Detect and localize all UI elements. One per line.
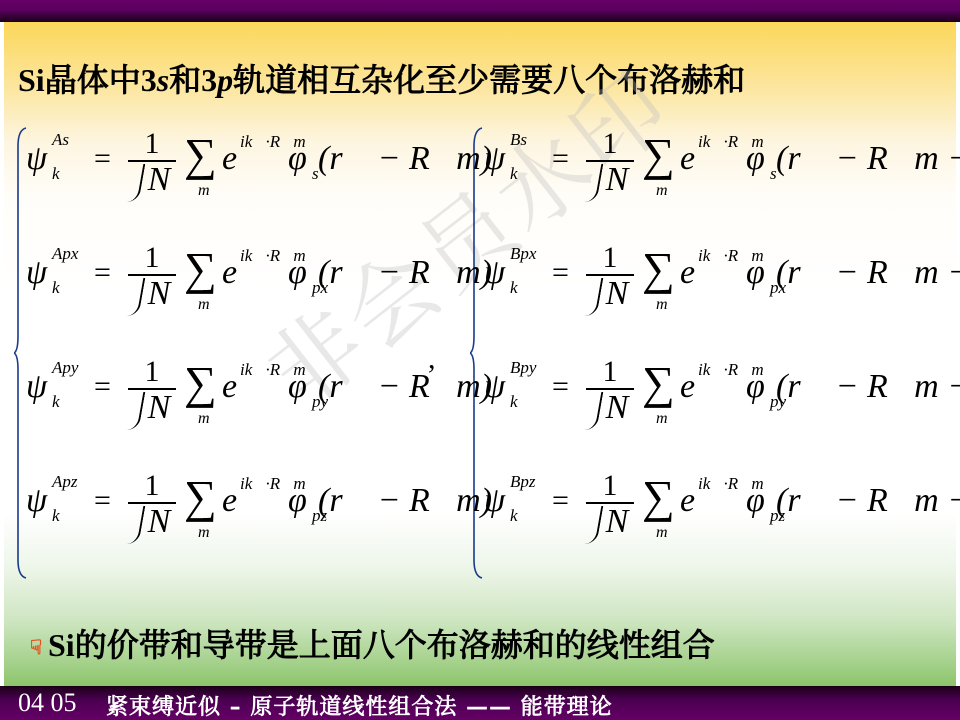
top-bar [0,0,960,22]
equals-sign: = [94,370,111,404]
phi-symbol: φ [288,368,307,406]
sum-index: m [198,410,210,428]
sum-icon: ∑ [642,470,675,523]
bloch-sum-equation: ψApxk=1N∑meik⃗·R⃗mφpx(r⃗ − R⃗m) [26,242,466,322]
normalization-fraction: 1N [124,356,180,426]
sqrt-denominator: N [582,276,638,312]
equals-sign: = [94,484,111,518]
normalization-fraction: 1N [124,242,180,312]
chapter-number: 04 05 [18,688,77,718]
phi-symbol: φ [288,254,307,292]
orbital-label: As [52,130,69,150]
exponential-base: e [680,140,695,178]
title-text: 3 [141,62,157,98]
numerator: 1 [124,356,180,388]
sum-index: m [656,524,668,542]
orbital-label: Apy [52,358,78,378]
numerator: 1 [582,356,638,388]
bloch-sum-equation: ψApyk=1N∑meik⃗·R⃗mφpy(r⃗ − R⃗m) [26,356,466,436]
wavevector-label: k [52,392,60,412]
psi-symbol: ψ [26,368,47,406]
sum-icon: ∑ [184,470,217,523]
normalization-fraction: 1N [124,128,180,198]
exponential-base: e [222,254,237,292]
wavevector-label: k [52,164,60,184]
bloch-sum-equation: ψBpzk=1N∑meik⃗·R⃗mφpz(r⃗ − R⃗m − τ⃗) [484,470,924,550]
position-argument: (r⃗ − R⃗m) [318,482,492,520]
normalization-fraction: 1N [582,470,638,540]
sum-index: m [198,524,210,542]
phi-symbol: φ [288,482,307,520]
pointing-hand-icon: ☟ [30,635,42,659]
title-text: 和 [169,62,201,98]
numerator: 1 [582,470,638,502]
numerator: 1 [124,470,180,502]
sqrt-denominator: N [124,390,180,426]
equals-sign: = [552,256,569,290]
position-argument: (r⃗ − R⃗m) [318,254,492,292]
sqrt-denominator: N [582,504,638,540]
psi-symbol: ψ [484,482,505,520]
orbital-label: Bpx [510,244,536,264]
phi-symbol: φ [746,254,765,292]
exponential-base: e [680,368,695,406]
bloch-sum-equation: ψBpyk=1N∑meik⃗·R⃗mφpy(r⃗ − R⃗m − τ⃗) [484,356,924,436]
equals-sign: = [552,484,569,518]
sum-index: m [198,296,210,314]
sum-icon: ∑ [184,356,217,409]
orbital-label: Bpz [510,472,536,492]
exponential-base: e [222,140,237,178]
wavevector-label: k [510,392,518,412]
numerator: 1 [124,242,180,274]
wavevector-label: k [52,506,60,526]
wavevector-label: k [510,278,518,298]
sqrt-denominator: N [582,162,638,198]
sqrt-denominator: N [124,162,180,198]
orbital-label: Bs [510,130,527,150]
title-orbital-p: p [217,62,233,98]
sqrt-denominator: N [582,390,638,426]
phi-symbol: φ [746,140,765,178]
position-argument: (r⃗ − R⃗m) [318,368,492,406]
bullet-statement: ☟Si的价带和导带是上面八个布洛赫和的线性组合 [30,620,715,666]
exponential-base: e [222,368,237,406]
bloch-sum-equation: ψApzk=1N∑meik⃗·R⃗mφpz(r⃗ − R⃗m) [26,470,466,550]
wavevector-label: k [52,278,60,298]
wavevector-label: k [510,506,518,526]
phi-symbol: φ [746,482,765,520]
title-text: 3 [201,62,217,98]
exponential-base: e [680,254,695,292]
numerator: 1 [582,242,638,274]
psi-symbol: ψ [484,368,505,406]
footer-bar: 04 05 紧束缚近似 – 原子轨道线性组合法 —— 能带理论 [0,686,960,720]
exponential-base: e [222,482,237,520]
normalization-fraction: 1N [124,470,180,540]
footer-title: 紧束缚近似 – 原子轨道线性组合法 —— 能带理论 [106,690,613,720]
equals-sign: = [94,142,111,176]
right-margin [956,22,960,686]
psi-symbol: ψ [26,482,47,520]
normalization-fraction: 1N [582,242,638,312]
sum-icon: ∑ [184,242,217,295]
psi-symbol: ψ [26,140,47,178]
equals-sign: = [552,370,569,404]
equals-sign: = [94,256,111,290]
orbital-label: Apx [52,244,78,264]
position-argument: (r⃗ − R⃗m − τ⃗) [776,368,960,406]
numerator: 1 [124,128,180,160]
wavevector-label: k [510,164,518,184]
title-orbital-s: s [157,62,169,98]
title-text: Si晶体中 [18,62,141,98]
position-argument: (r⃗ − R⃗m − τ⃗) [776,482,960,520]
sum-index: m [198,182,210,200]
sum-index: m [656,182,668,200]
psi-symbol: ψ [26,254,47,292]
psi-symbol: ψ [484,140,505,178]
sqrt-denominator: N [124,276,180,312]
phi-symbol: φ [288,140,307,178]
bloch-sum-equation: ψBsk=1N∑meik⃗·R⃗mφs(r⃗ − R⃗m − τ⃗) [484,128,924,208]
sum-index: m [656,410,668,428]
position-argument: (r⃗ − R⃗m − τ⃗) [776,254,960,292]
exponential-base: e [680,482,695,520]
orbital-label: Apz [52,472,78,492]
sum-icon: ∑ [642,356,675,409]
phi-symbol: φ [746,368,765,406]
sum-icon: ∑ [642,128,675,181]
title-text: 轨道相互杂化至少需要八个布洛赫和 [233,62,745,98]
position-argument: (r⃗ − R⃗m − τ⃗) [776,140,960,178]
sqrt-denominator: N [124,504,180,540]
numerator: 1 [582,128,638,160]
sum-icon: ∑ [184,128,217,181]
bullet-text: Si的价带和导带是上面八个布洛赫和的线性组合 [48,627,715,663]
equals-sign: = [552,142,569,176]
position-argument: (r⃗ − R⃗m) [318,140,492,178]
psi-symbol: ψ [484,254,505,292]
sum-icon: ∑ [642,242,675,295]
orbital-label: Bpy [510,358,536,378]
bloch-sum-equation: ψBpxk=1N∑meik⃗·R⃗mφpx(r⃗ − R⃗m − τ⃗) [484,242,924,322]
normalization-fraction: 1N [582,128,638,198]
slide-title: Si晶体中3s和3p轨道相互杂化至少需要八个布洛赫和 [18,55,745,101]
left-margin [0,22,4,686]
sum-index: m [656,296,668,314]
bloch-sum-equation: ψAsk=1N∑meik⃗·R⃗mφs(r⃗ − R⃗m) [26,128,466,208]
normalization-fraction: 1N [582,356,638,426]
